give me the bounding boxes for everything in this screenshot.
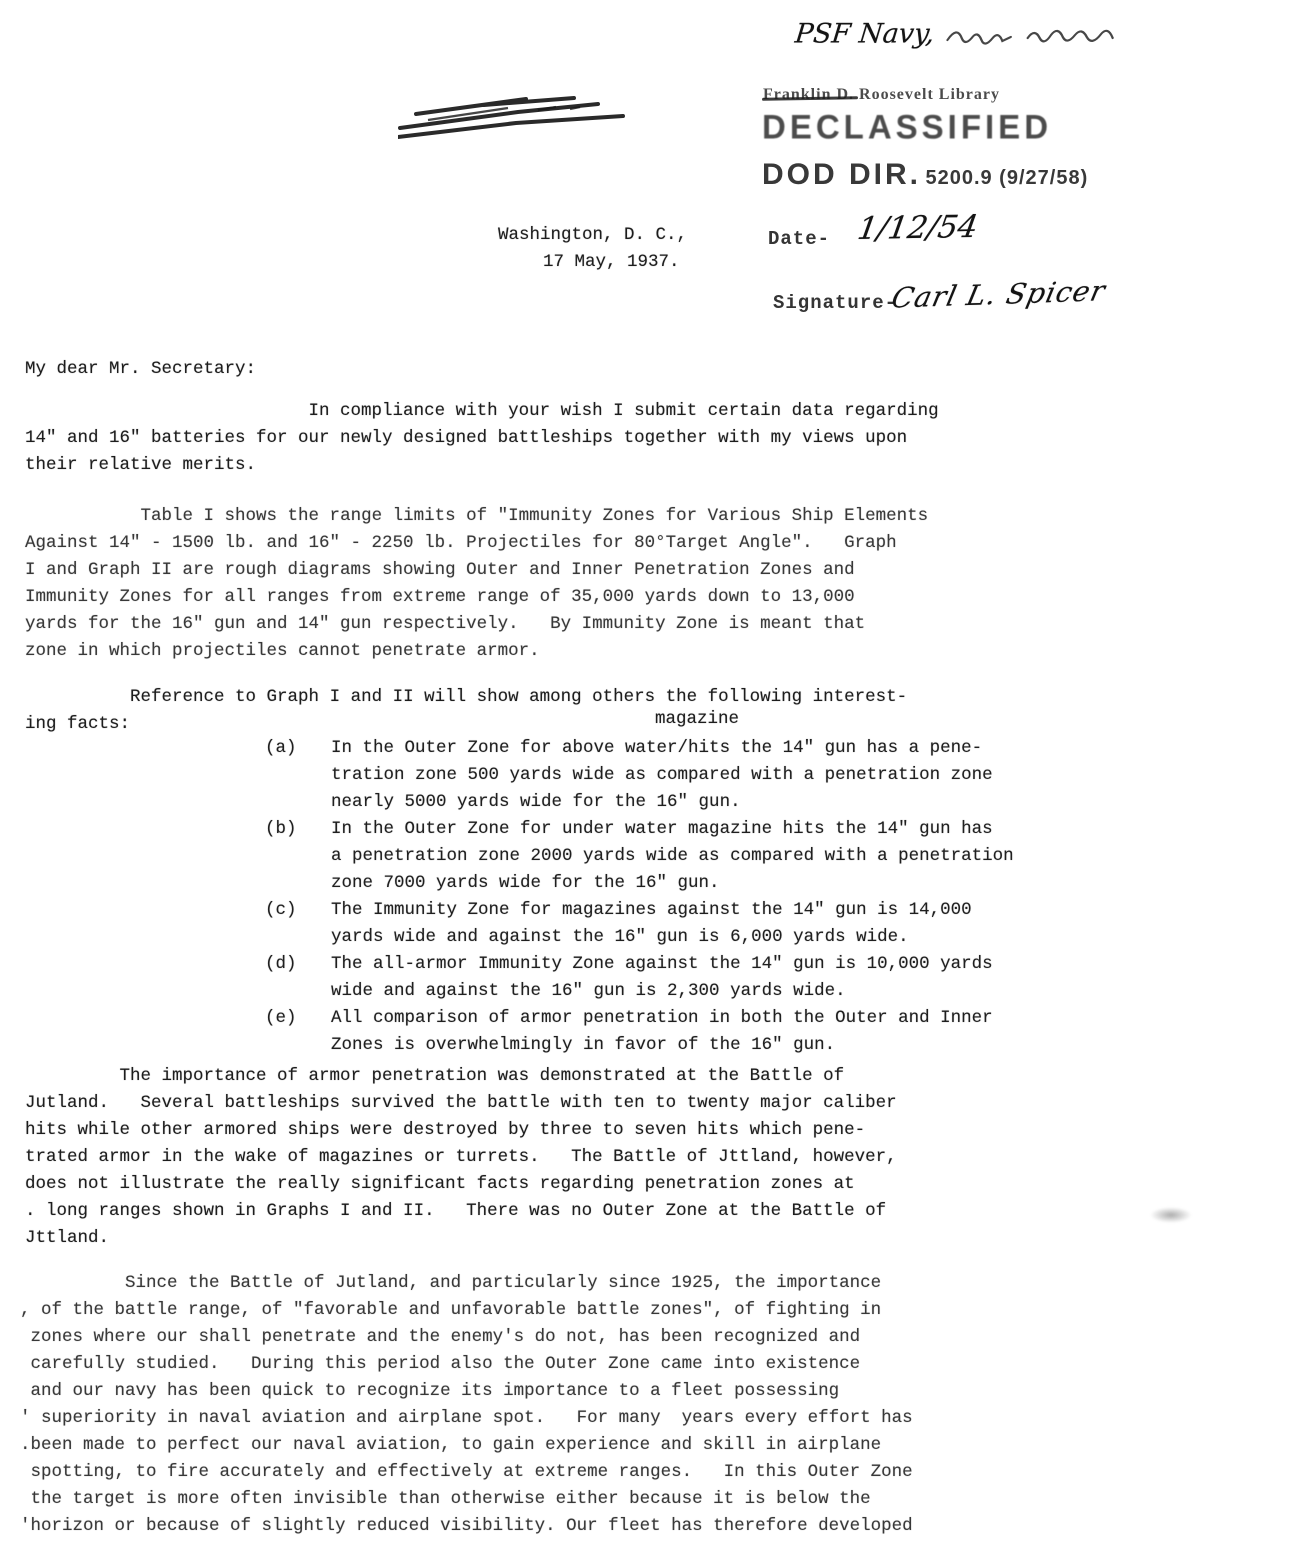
handwriting-text: PSF Navy, bbox=[793, 19, 935, 50]
salutation: My dear Mr. Secretary: bbox=[25, 356, 256, 383]
list-item-label: (c) bbox=[265, 897, 331, 951]
list-item-label: (b) bbox=[265, 816, 331, 897]
list-item-label: (e) bbox=[265, 1005, 331, 1059]
stamp-declassified: DECLASSIFIED bbox=[762, 107, 1052, 147]
paragraph-2: Table I shows the range limits of "Immun… bbox=[25, 503, 1115, 665]
scanned-letter-page: PSF Navy, Franklin D. Roosevelt Library … bbox=[0, 0, 1313, 1560]
stamp-signature-value: Carl L. Spicer bbox=[889, 274, 1109, 314]
strikeout-scribble-icon bbox=[398, 90, 638, 146]
illegible-handwriting-icon bbox=[941, 18, 1145, 52]
letter-date: 17 May, 1937. bbox=[543, 249, 680, 276]
paragraph-3-intro: Reference to Graph I and II will show am… bbox=[25, 684, 1115, 738]
list-item: (e) All comparison of armor penetration … bbox=[265, 1005, 1125, 1059]
list-item: (d) The all-armor Immunity Zone against … bbox=[265, 951, 1125, 1005]
archive-handwriting-note: PSF Navy, bbox=[793, 18, 1144, 52]
list-item-text: In the Outer Zone for above water/hits t… bbox=[331, 735, 1125, 816]
paragraph-4: The importance of armor penetration was … bbox=[25, 1063, 1125, 1252]
list-item: (b) In the Outer Zone for under water ma… bbox=[265, 816, 1125, 897]
stamp-signature-label: Signature- bbox=[773, 292, 897, 314]
inserted-word-magazine: magazine bbox=[655, 706, 739, 733]
smudge-mark bbox=[1150, 1207, 1192, 1223]
stamp-date-value: 1/12/54 bbox=[855, 209, 981, 247]
list-item-label: (a) bbox=[265, 735, 331, 816]
letter-place: Washington, D. C., bbox=[498, 222, 687, 249]
paragraph-5: Since the Battle of Jutland, and particu… bbox=[20, 1270, 1130, 1540]
list-item: (a) In the Outer Zone for above water/hi… bbox=[265, 735, 1125, 816]
stamp-dod-line: DOD DIR. 5200.9 (9/27/58) bbox=[762, 158, 1088, 192]
paragraph-1: In compliance with your wish I submit ce… bbox=[25, 398, 1115, 479]
list-item-text: The all-armor Immunity Zone against the … bbox=[331, 951, 1125, 1005]
facts-list: (a) In the Outer Zone for above water/hi… bbox=[265, 735, 1125, 1059]
list-item-label: (d) bbox=[265, 951, 331, 1005]
list-item-text: In the Outer Zone for under water magazi… bbox=[331, 816, 1125, 897]
list-item-text: All comparison of armor penetration in b… bbox=[331, 1005, 1125, 1059]
stamp-library-line: Franklin D. Roosevelt Library bbox=[763, 86, 1000, 104]
list-item: (c) The Immunity Zone for magazines agai… bbox=[265, 897, 1125, 951]
list-item-text: The Immunity Zone for magazines against … bbox=[331, 897, 1125, 951]
stamp-date-label: Date- bbox=[768, 228, 830, 250]
stamp-dod-dir: DOD DIR. bbox=[762, 158, 921, 191]
stamp-dod-number: 5200.9 (9/27/58) bbox=[925, 167, 1088, 189]
